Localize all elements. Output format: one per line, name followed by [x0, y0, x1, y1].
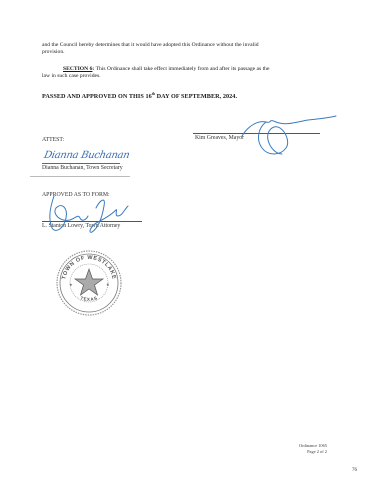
page-number: 76 [352, 468, 357, 473]
seal-bottom-text: TEXAS [80, 295, 98, 302]
paragraph-continuation: and the Council hereby determines that i… [42, 42, 332, 56]
town-seal-icon: TOWN OF WESTLAKE TEXAS ★ ★ [54, 248, 124, 318]
paragraph-text-1: and the Council hereby determines that i… [42, 42, 259, 49]
attest-signature-line [42, 163, 120, 164]
section-6-heading: SECTION 6 [63, 66, 92, 72]
mayor-signature-icon [240, 114, 340, 159]
page-indicator: Page 2 of 2 [299, 449, 327, 455]
section-6-text: This Ordinance shall take effect immedia… [96, 66, 270, 72]
section-6-line-2: law in such case provides. [42, 73, 269, 80]
svg-text:★: ★ [69, 282, 73, 287]
attorney-signature-icon [44, 188, 144, 236]
mayor-name-line: Kim Greaves, Mayor [195, 135, 244, 141]
page-footer: Ordinance 1065 Page 2 of 2 [299, 443, 327, 454]
paragraph-line-2: provision. [42, 49, 332, 56]
section-6-colon: : [92, 66, 94, 72]
attest-label: ATTEST: [42, 137, 64, 143]
passed-suffix: DAY OF SEPTEMBER, 2024. [155, 93, 237, 100]
attest-divider [30, 176, 130, 177]
paragraph-line-1: and the Council hereby determines that i… [42, 42, 332, 49]
section-6: SECTION 6: This Ordinance shall take eff… [42, 66, 269, 80]
svg-text:★: ★ [106, 282, 110, 287]
attest-name-line: Dianna Buchanan, Town Secretary [42, 165, 123, 171]
attest-signature-icon: Dianna Buchanan [43, 150, 131, 161]
passed-approved-statement: PASSED AND APPROVED ON THIS 16th DAY OF … [42, 93, 237, 100]
svg-text:TEXAS: TEXAS [80, 295, 98, 302]
ordinance-number: Ordinance 1065 [299, 443, 327, 449]
section-6-line-1: SECTION 6: This Ordinance shall take eff… [42, 66, 269, 73]
passed-prefix: PASSED AND APPROVED ON THIS 16 [42, 93, 152, 100]
